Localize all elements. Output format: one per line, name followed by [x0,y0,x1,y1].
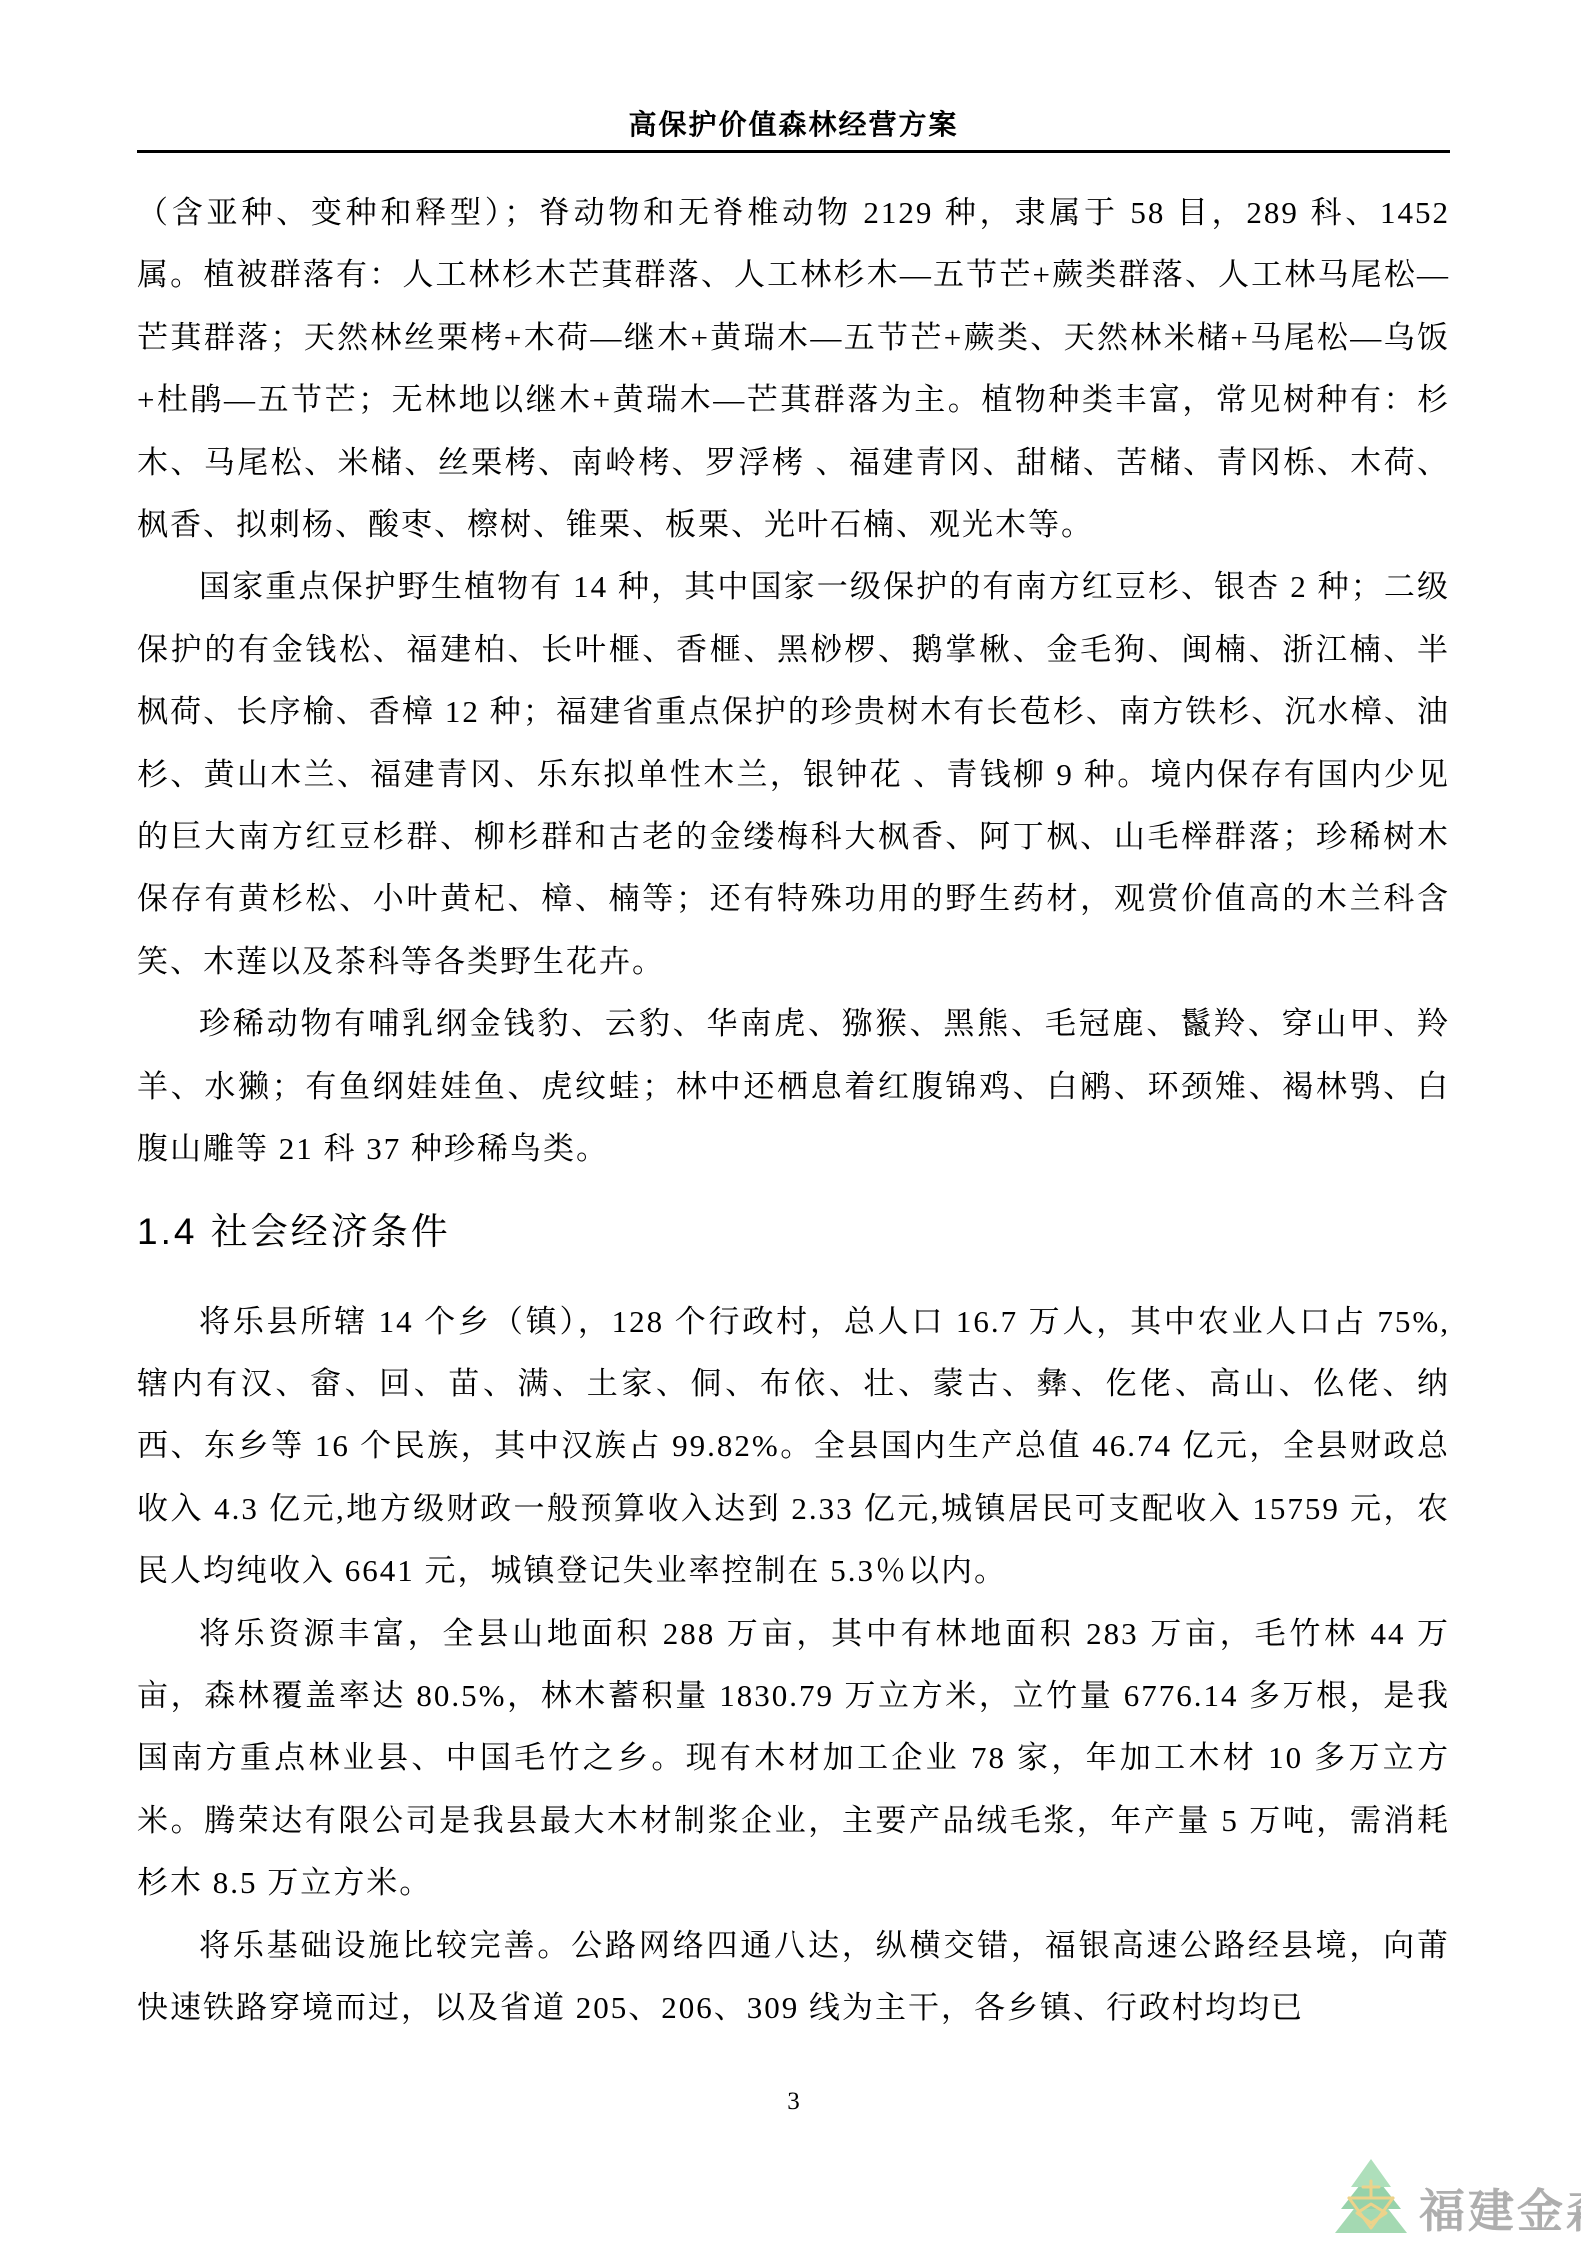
paragraph: 将乐县所辖 14 个乡（镇），128 个行政村，总人口 16.7 万人，其中农业… [137,1291,1450,1603]
header-rule [137,150,1450,153]
pine-tree-icon [1335,2159,1407,2233]
paragraph: 将乐资源丰富，全县山地面积 288 万亩，其中有林地面积 283 万亩，毛竹林 … [137,1603,1450,1915]
running-header-title: 高保护价值森林经营方案 [137,103,1450,143]
paragraph: （含亚种、变种和释型）；脊动物和无脊椎动物 2129 种，隶属于 58 目，28… [137,182,1450,556]
document-page: 高保护价值森林经营方案 （含亚种、变种和释型）；脊动物和无脊椎动物 2129 种… [0,0,1587,2245]
logo-text: 福建金森 [1419,2185,1581,2237]
paragraph: 将乐基础设施比较完善。公路网络四通八达，纵横交错，福银高速公路经县境，向莆快速铁… [137,1915,1450,2040]
page-number: 3 [0,2088,1587,2116]
paragraph: 国家重点保护野生植物有 14 种，其中国家一级保护的有南方红豆杉、银杏 2 种；… [137,556,1450,993]
body-text-column: （含亚种、变种和释型）；脊动物和无脊椎动物 2129 种，隶属于 58 目，28… [137,182,1450,2039]
section-heading-1-4: 1.4 社会经济条件 [137,1207,1450,1257]
fujian-jinsen-logo: 福建金森 [1329,2157,1581,2239]
paragraph: 珍稀动物有哺乳纲金钱豹、云豹、华南虎、猕猴、黑熊、毛冠鹿、鬣羚、穿山甲、羚羊、水… [137,993,1450,1180]
